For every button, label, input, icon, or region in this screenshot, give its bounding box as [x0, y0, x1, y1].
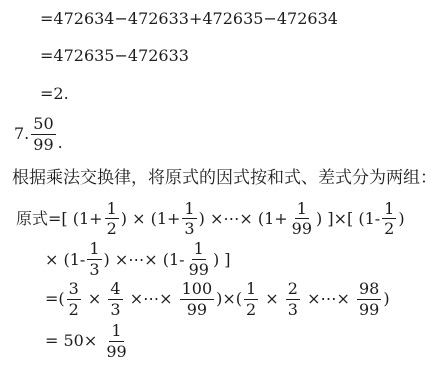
formula-text: ) ] [213, 251, 231, 269]
fraction-denominator: 99 [185, 300, 209, 319]
fraction: 43 [108, 280, 122, 319]
formula-text: ) × (1+ [121, 210, 181, 228]
fraction: 10099 [180, 280, 215, 319]
fraction: 199 [290, 200, 314, 239]
fraction: 13 [87, 240, 101, 279]
fraction-denominator: 99 [31, 135, 55, 154]
fraction-denominator: 3 [108, 300, 122, 319]
formula-text: × [260, 290, 284, 308]
fraction-denominator: 3 [286, 300, 300, 319]
fraction-numerator: 100 [180, 280, 215, 300]
document: =472634−472633+472635−472634=472635−4726… [0, 0, 431, 386]
formula-text: × (1- [45, 251, 85, 269]
formula-text: ) [398, 210, 404, 228]
fraction-denominator: 99 [187, 260, 211, 279]
fraction-numerator: 4 [108, 280, 122, 300]
formula-text: ) ×⋯× (1+ [199, 210, 288, 228]
problem-answer: 7.5099. [14, 115, 431, 154]
fraction-denominator: 2 [67, 300, 81, 319]
formula-text: ×⋯× [302, 290, 355, 308]
fraction-numerator: 98 [357, 280, 381, 300]
fraction: 199 [187, 240, 211, 279]
formula-text: = 50× [45, 332, 102, 350]
formula-text: =2. [40, 85, 69, 103]
fraction-denominator: 99 [290, 219, 314, 238]
fraction-denominator: 2 [105, 219, 119, 238]
formula-text: )×( [216, 290, 242, 308]
fraction-denominator: 2 [382, 219, 396, 238]
fraction-numerator: 1 [295, 200, 309, 220]
equation-step-2: =472635−472633 [40, 47, 431, 65]
fraction: 12 [244, 280, 258, 319]
explanation-text: 根据乘法交换律，将原式的因式按和式、差式分为两组： [12, 169, 431, 189]
fraction-numerator: 1 [244, 280, 258, 300]
formula-text: =472635−472633 [40, 47, 189, 65]
fraction-denominator: 3 [182, 219, 196, 238]
fraction-numerator: 1 [105, 200, 119, 220]
fraction: 5099 [31, 115, 55, 154]
fraction-numerator: 1 [192, 240, 206, 260]
formula-text: ) [383, 290, 389, 308]
fraction-numerator: 2 [286, 280, 300, 300]
formula-text: ) ]×[ (1- [316, 210, 380, 228]
fraction: 9899 [357, 280, 381, 319]
fraction-denominator: 2 [244, 300, 258, 319]
equation-result: =2. [40, 85, 431, 103]
fraction-numerator: 1 [382, 200, 396, 220]
fraction-numerator: 3 [67, 280, 81, 300]
fraction-denominator: 3 [87, 260, 101, 279]
formula-text: 原式=[ (1+ [16, 210, 103, 228]
formula-text: . [58, 134, 63, 154]
formula-step-3: = 50× 199 [45, 322, 431, 361]
formula-step-2: =(32 × 43 ×⋯× 10099)×(12 × 23 ×⋯× 9899) [45, 280, 431, 319]
formula-text: × [83, 290, 107, 308]
formula-step-1-continued: × (1-13) ×⋯× (1-199) ] [45, 240, 431, 279]
formula-text: =( [45, 290, 65, 308]
formula-text: ) ×⋯× (1- [104, 251, 185, 269]
formula-text: =472634−472633+472635−472634 [40, 10, 338, 28]
fraction-denominator: 99 [357, 300, 381, 319]
formula-text: ×⋯× [125, 290, 178, 308]
formula-step-1: 原式=[ (1+12) × (1+13) ×⋯× (1+199) ]×[ (1-… [16, 200, 431, 239]
fraction: 199 [104, 322, 128, 361]
fraction: 13 [182, 200, 196, 239]
equation-step-1: =472634−472633+472635−472634 [40, 10, 431, 28]
fraction: 12 [382, 200, 396, 239]
fraction: 12 [105, 200, 119, 239]
fraction-numerator: 1 [109, 322, 123, 342]
formula-text: 7. [14, 125, 29, 143]
fraction-numerator: 1 [87, 240, 101, 260]
fraction: 32 [67, 280, 81, 319]
fraction-numerator: 1 [182, 200, 196, 220]
fraction-numerator: 50 [31, 115, 55, 135]
fraction-denominator: 99 [104, 342, 128, 361]
formula-text: 根据乘法交换律，将原式的因式按和式、差式分为两组： [12, 169, 431, 189]
fraction: 23 [286, 280, 300, 319]
